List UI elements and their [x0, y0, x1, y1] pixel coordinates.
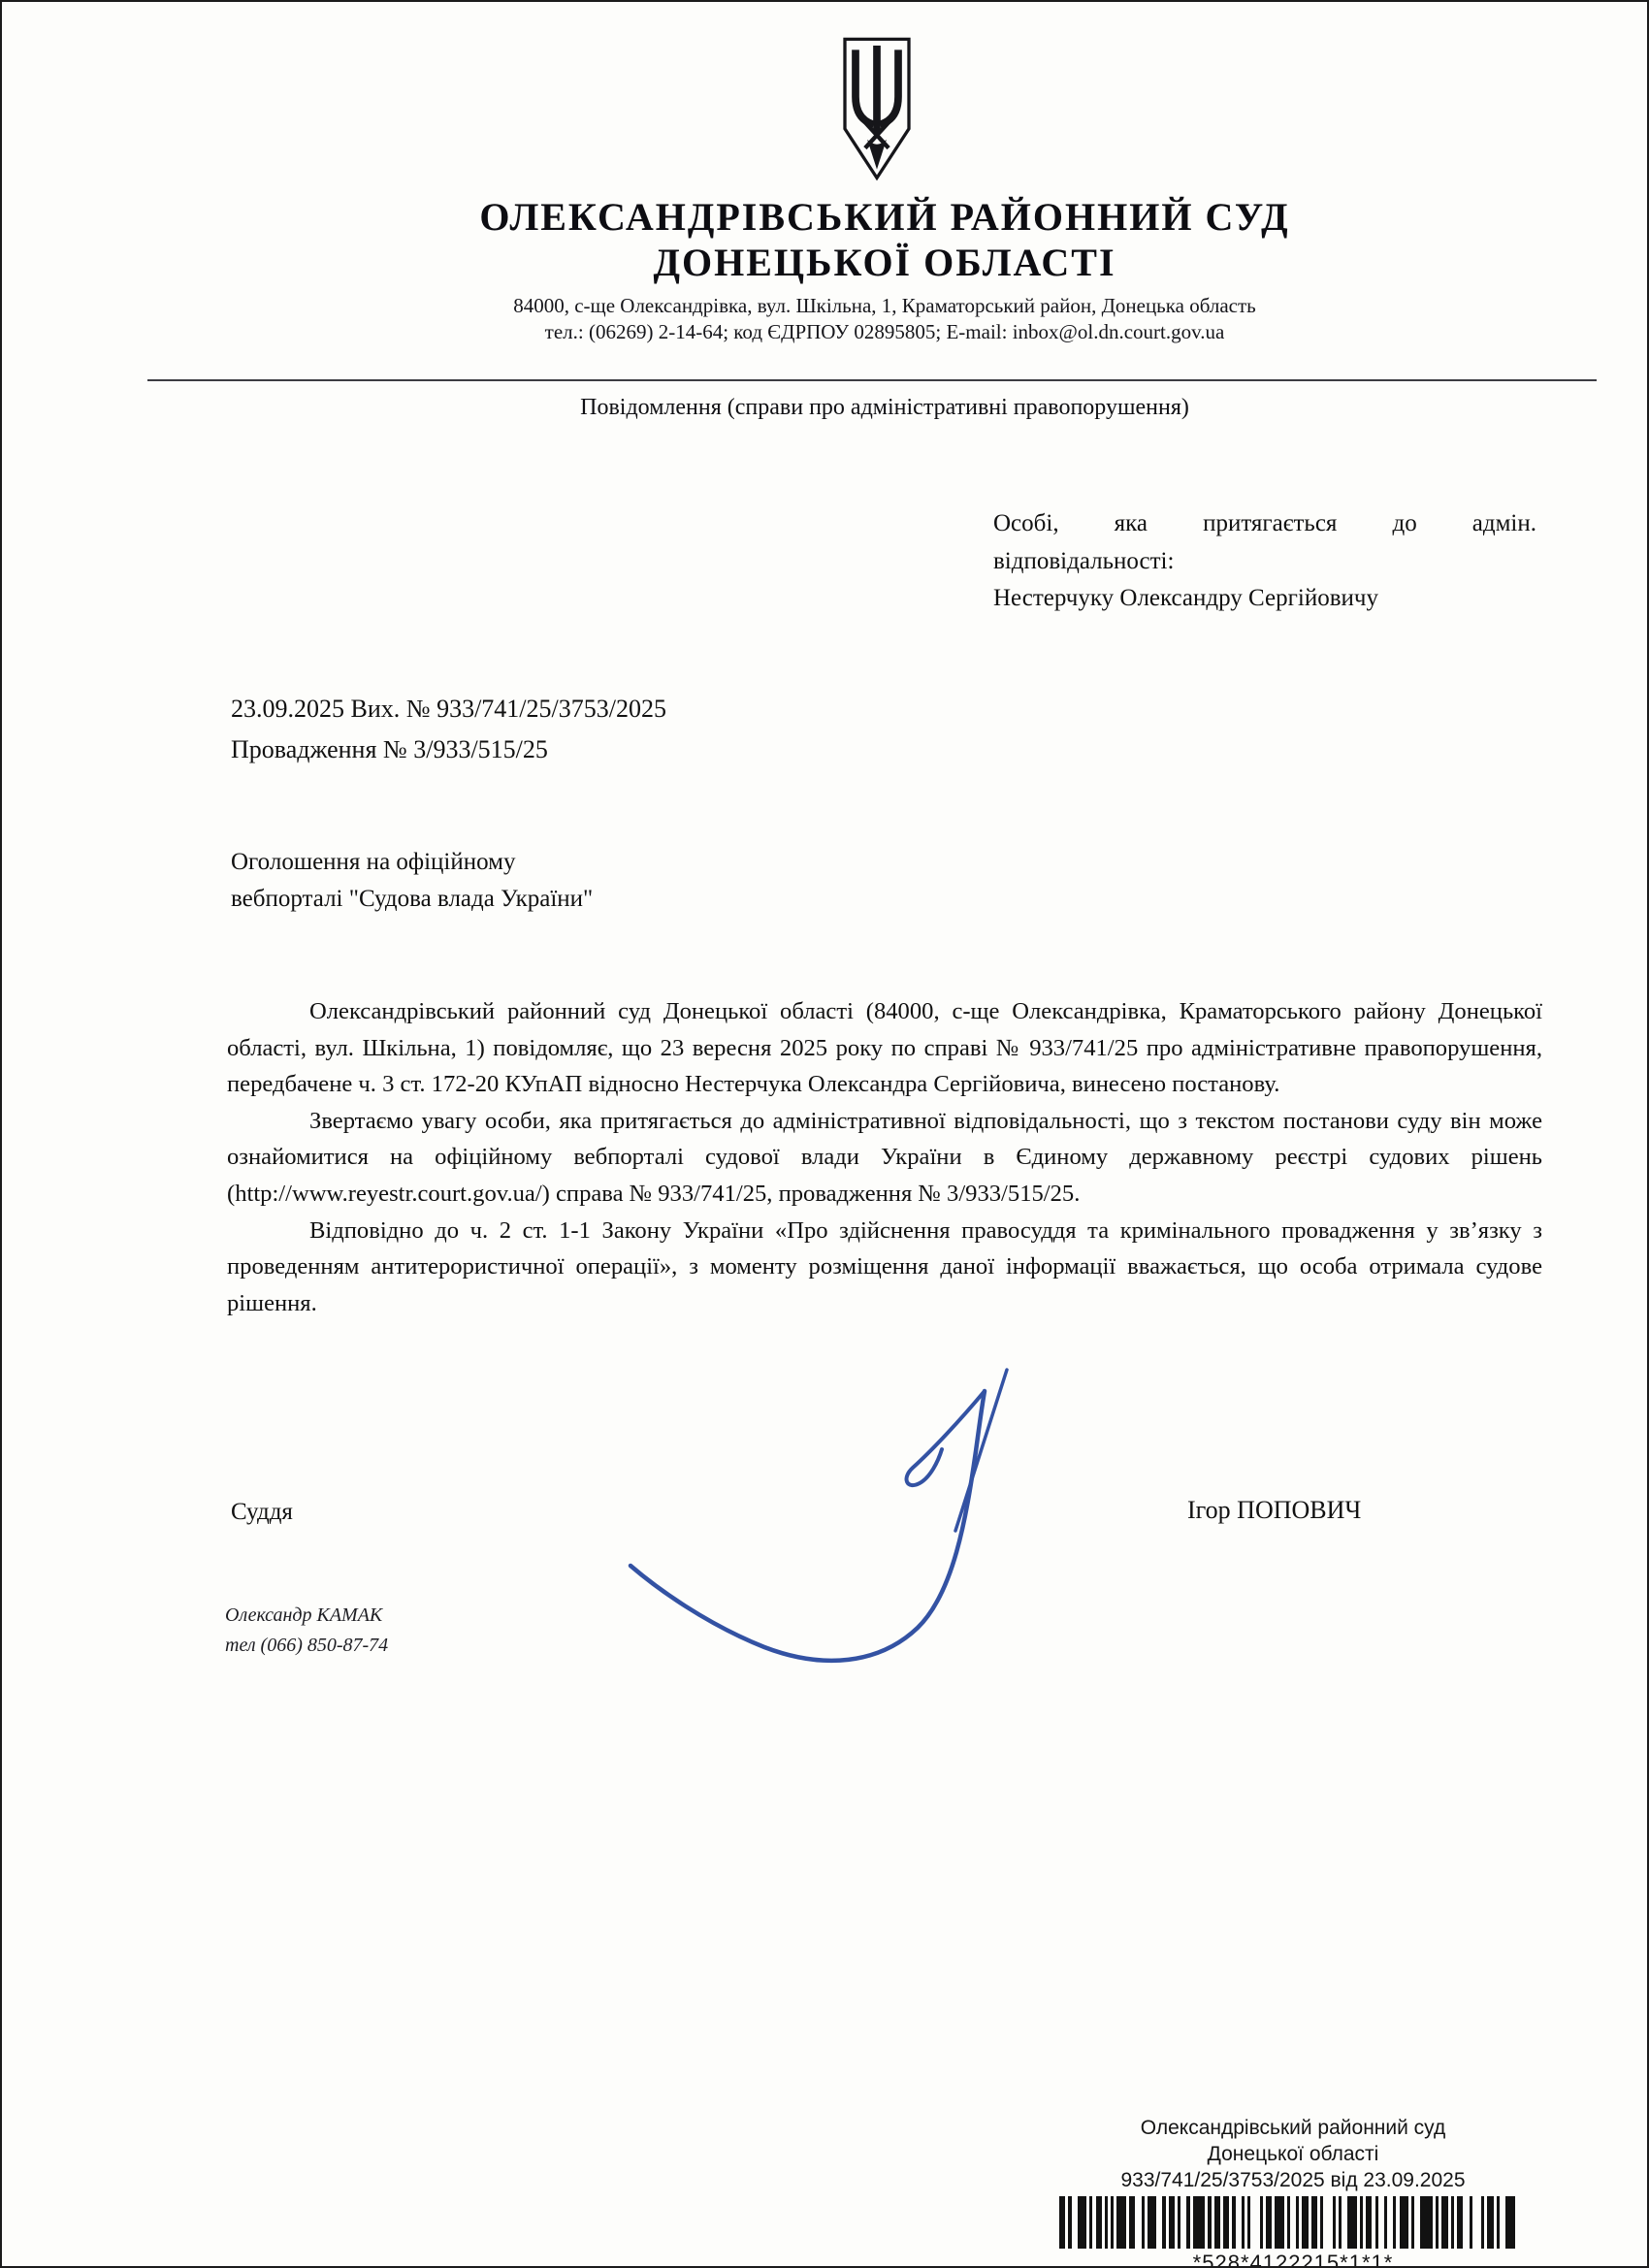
footer-stamp: Олександрівський районний суд Донецької … — [1059, 2115, 1527, 2268]
announcement-line2: вебпорталі "Судова влада України" — [231, 881, 593, 918]
letter-body: Олександрівський районний суд Донецької … — [227, 993, 1542, 1321]
court-name-line1: ОЛЕКСАНДРІВСЬКИЙ РАЙОННИЙ СУД — [118, 194, 1649, 240]
clerk-name: Олександр КАМАК — [225, 1601, 388, 1631]
court-address-line2: тел.: (06269) 2-14-64; код ЄДРПОУ 028958… — [118, 319, 1649, 345]
stamp-court-line2: Донецької області — [1059, 2141, 1527, 2167]
scanned-court-notice: ОЛЕКСАНДРІВСЬКИЙ РАЙОННИЙ СУД ДОНЕЦЬКОЇ … — [0, 0, 1649, 2268]
court-address: 84000, с-ще Олександрівка, вул. Шкільна,… — [118, 293, 1649, 345]
clerk-phone: тел (066) 850-87-74 — [225, 1631, 388, 1661]
court-name: ОЛЕКСАНДРІВСЬКИЙ РАЙОННИЙ СУД ДОНЕЦЬКОЇ … — [118, 194, 1649, 285]
stamp-reference-line: 933/741/25/3753/2025 від 23.09.2025 — [1059, 2167, 1527, 2193]
judge-name: Ігор ПОПОВИЧ — [1187, 1496, 1361, 1525]
judge-signature-icon — [619, 1364, 1024, 1690]
addressee-line2: відповідальності: — [993, 543, 1536, 581]
proceeding-number: Провадження № 3/933/515/25 — [231, 729, 666, 770]
subject-line: Повідомлення (справи про адміністративні… — [118, 395, 1649, 421]
judge-role-label: Суддя — [231, 1499, 293, 1526]
body-paragraph-1: Олександрівський районний суд Донецької … — [227, 993, 1542, 1103]
addressee-block: Особі, яка притягається до адмін. відпов… — [993, 505, 1536, 618]
court-name-line2: ДОНЕЦЬКОЇ ОБЛАСТІ — [118, 240, 1649, 285]
announcement-line1: Оголошення на офіційному — [231, 844, 593, 881]
court-address-line1: 84000, с-ще Олександрівка, вул. Шкільна,… — [118, 293, 1649, 319]
outgoing-number: 23.09.2025 Вих. № 933/741/25/3753/2025 — [231, 689, 666, 729]
ukraine-trident-icon — [838, 35, 916, 184]
announcement-block: Оголошення на офіційному вебпорталі "Суд… — [231, 844, 593, 918]
reference-block: 23.09.2025 Вих. № 933/741/25/3753/2025 П… — [231, 689, 666, 770]
barcode — [1059, 2196, 1527, 2249]
stamp-court-line1: Олександрівський районний суд — [1059, 2115, 1527, 2141]
header-divider — [147, 379, 1597, 381]
clerk-contact: Олександр КАМАК тел (066) 850-87-74 — [225, 1601, 388, 1661]
body-paragraph-2: Звертаємо увагу особи, яка притягається … — [227, 1103, 1542, 1213]
barcode-text: *528*4122215*1*1* — [1059, 2250, 1527, 2268]
addressee-line1: Особі, яка притягається до адмін. — [993, 505, 1536, 543]
body-paragraph-3: Відповідно до ч. 2 ст. 1-1 Закону Україн… — [227, 1213, 1542, 1322]
addressee-line3: Нестерчуку Олександру Сергійовичу — [993, 580, 1536, 618]
